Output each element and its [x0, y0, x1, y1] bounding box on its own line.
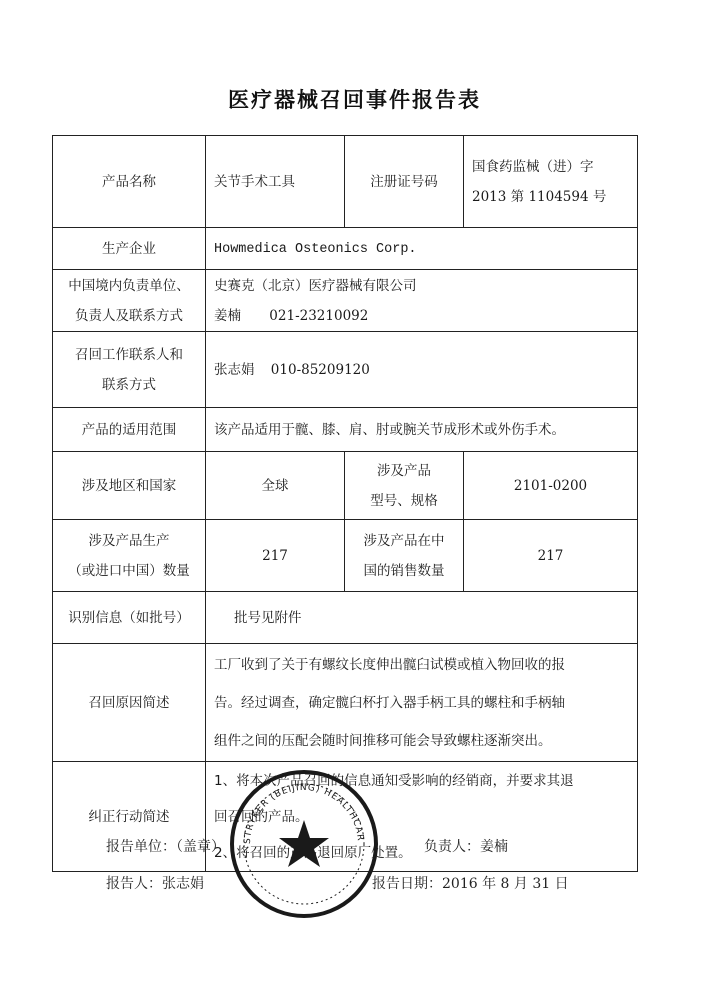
recall-contact-label: 召回工作联系人和 联系方式 — [53, 332, 206, 408]
row-identification: 识别信息（如批号） 批号见附件 — [53, 592, 638, 644]
registration-line2: 2013 第 1104594 号 — [472, 182, 629, 212]
responsible-person: 负责人：姜楠 — [424, 836, 508, 856]
quantity-label: 涉及产品生产 （或进口中国）数量 — [53, 520, 206, 592]
china-agent-person: 姜楠 — [214, 308, 241, 324]
china-agent-label-line2: 负责人及联系方式 — [61, 301, 197, 331]
responsible-name: 姜楠 — [480, 839, 508, 855]
china-agent-phone: 021-23210092 — [269, 308, 368, 324]
reporter: 报告人：张志娟 — [106, 873, 204, 893]
identification-value: 批号见附件 — [206, 592, 638, 644]
product-name-value: 关节手术工具 — [206, 136, 345, 228]
reason-line3: 组件之间的压配会随时间推移可能会导致螺柱逐渐突出。 — [214, 722, 629, 760]
svg-text:STRYKER (BEIJING) HEALTHCARE P: STRYKER (BEIJING) HEALTHCARE PRODUCTS CO… — [228, 768, 365, 844]
responsible-label: 负责人： — [424, 839, 480, 855]
recall-contact-person: 张志娟 — [214, 362, 255, 378]
china-sales-value: 217 — [464, 520, 638, 592]
reason-value: 工厂收到了关于有螺纹长度伸出髋臼试模或植入物回收的报 告。经过调查，确定髋臼杯打… — [206, 644, 638, 762]
recall-contact-value: 张志娟 010-85209120 — [206, 332, 638, 408]
manufacturer-value: Howmedica Osteonics Corp. — [214, 242, 417, 257]
registration-value: 国食药监械（进）字 2013 第 1104594 号 — [464, 136, 638, 228]
scope-label: 产品的适用范围 — [53, 408, 206, 452]
reason-label: 召回原因简述 — [53, 644, 206, 762]
registration-line1: 国食药监械（进）字 — [472, 152, 629, 182]
company-seal-stamp: STRYKER (BEIJING) HEALTHCARE PRODUCTS CO… — [228, 768, 380, 920]
row-recall-contact: 召回工作联系人和 联系方式 张志娟 010-85209120 — [53, 332, 638, 408]
model-label-line2: 型号、规格 — [353, 486, 455, 516]
china-sales-label-line2: 国的销售数量 — [353, 556, 455, 586]
row-reason: 召回原因简述 工厂收到了关于有螺纹长度伸出髋臼试模或植入物回收的报 告。经过调查… — [53, 644, 638, 762]
reporter-label: 报告人： — [106, 876, 162, 892]
report-date-value: 2016 年 8 月 31 日 — [442, 876, 569, 892]
region-value: 全球 — [206, 452, 345, 520]
report-date-label: 报告日期： — [372, 876, 442, 892]
model-label-line1: 涉及产品 — [353, 456, 455, 486]
region-label: 涉及地区和国家 — [53, 452, 206, 520]
row-scope: 产品的适用范围 该产品适用于髋、膝、肩、肘或腕关节成形术或外伤手术。 — [53, 408, 638, 452]
row-quantity: 涉及产品生产 （或进口中国）数量 217 涉及产品在中 国的销售数量 217 — [53, 520, 638, 592]
china-agent-company: 史赛克（北京）医疗器械有限公司 — [214, 271, 629, 301]
recall-report-table: 产品名称 关节手术工具 注册证号码 国食药监械（进）字 2013 第 11045… — [52, 135, 638, 872]
china-agent-label: 中国境内负责单位、 负责人及联系方式 — [53, 270, 206, 332]
report-unit: 报告单位：（盖章） — [106, 836, 225, 856]
scope-value: 该产品适用于髋、膝、肩、肘或腕关节成形术或外伤手术。 — [206, 408, 638, 452]
row-region: 涉及地区和国家 全球 涉及产品 型号、规格 2101-0200 — [53, 452, 638, 520]
recall-contact-label-line2: 联系方式 — [61, 370, 197, 400]
page-title: 医疗器械召回事件报告表 — [0, 84, 709, 114]
identification-label: 识别信息（如批号） — [53, 592, 206, 644]
manufacturer-label: 生产企业 — [53, 228, 206, 270]
china-sales-label-line1: 涉及产品在中 — [353, 526, 455, 556]
product-name-label: 产品名称 — [53, 136, 206, 228]
row-china-agent: 中国境内负责单位、 负责人及联系方式 史赛克（北京）医疗器械有限公司 姜楠 02… — [53, 270, 638, 332]
star-icon — [279, 820, 329, 867]
registration-label: 注册证号码 — [345, 136, 464, 228]
china-agent-label-line1: 中国境内负责单位、 — [61, 271, 197, 301]
china-sales-label: 涉及产品在中 国的销售数量 — [345, 520, 464, 592]
quantity-label-line2: （或进口中国）数量 — [61, 556, 197, 586]
report-date: 报告日期：2016 年 8 月 31 日 — [372, 873, 569, 893]
china-agent-value: 史赛克（北京）医疗器械有限公司 姜楠 021-23210092 — [206, 270, 638, 332]
reason-line1: 工厂收到了关于有螺纹长度伸出髋臼试模或植入物回收的报 — [214, 646, 629, 684]
reporter-name: 张志娟 — [162, 876, 204, 892]
model-value: 2101-0200 — [464, 452, 638, 520]
row-product-name: 产品名称 关节手术工具 注册证号码 国食药监械（进）字 2013 第 11045… — [53, 136, 638, 228]
quantity-label-line1: 涉及产品生产 — [61, 526, 197, 556]
row-manufacturer: 生产企业 Howmedica Osteonics Corp. — [53, 228, 638, 270]
recall-contact-label-line1: 召回工作联系人和 — [61, 340, 197, 370]
model-label: 涉及产品 型号、规格 — [345, 452, 464, 520]
quantity-value: 217 — [206, 520, 345, 592]
reason-line2: 告。经过调查，确定髋臼杯打入器手柄工具的螺柱和手柄轴 — [214, 684, 629, 722]
recall-contact-phone: 010-85209120 — [271, 362, 370, 378]
